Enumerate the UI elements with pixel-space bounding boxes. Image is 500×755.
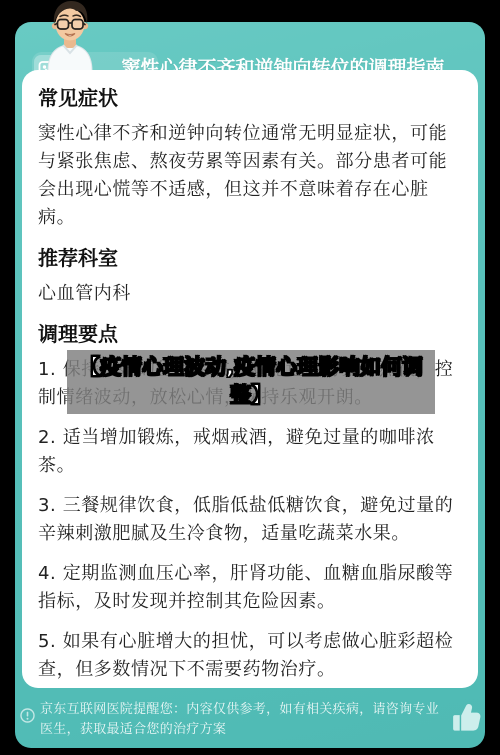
screen: 窦性心律不齐和逆钟向转位的调理指南 常见症状 窦性心律不齐和逆钟向转位通常无明显… [0,0,500,755]
symptoms-text: 窦性心律不齐和逆钟向转位通常无明显症状，可能与紧张焦虑、熬夜劳累等因素有关。部分… [38,120,462,232]
care-point-item: 4. 定期监测血压心率，肝肾功能、血糖血脂尿酸等指标，及时发现并控制其危险因素。 [38,560,462,616]
thumbs-up-icon[interactable] [451,700,482,734]
info-icon [20,708,35,723]
care-point-item: 2. 适当增加锻炼，戒烟戒酒，避免过量的咖啡浓茶。 [38,424,462,480]
doctor-avatar [38,0,102,71]
section-heading-department: 推荐科室 [38,245,462,272]
disclaimer-text: 京东互联网医院提醒您：内容仅供参考，如有相关疾病，请咨询专业医生，获取最适合您的… [40,700,446,740]
department-text: 心血管内科 [38,280,462,308]
section-heading-care-points: 调理要点 [38,321,462,348]
care-point-item: 3. 三餐规律饮食，低脂低盐低糖饮食，避免过量的辛辣刺激肥腻及生冷食物，适量吃蔬… [38,492,462,548]
watermark-overlay: 【疫情心理波动,疫情心理影响如何调整】 [67,350,435,414]
section-heading-symptoms: 常见症状 [38,85,462,112]
care-point-item: 5. 如果有心脏增大的担忧，可以考虑做心脏彩超检查，但多数情况下不需要药物治疗。 [38,628,462,684]
